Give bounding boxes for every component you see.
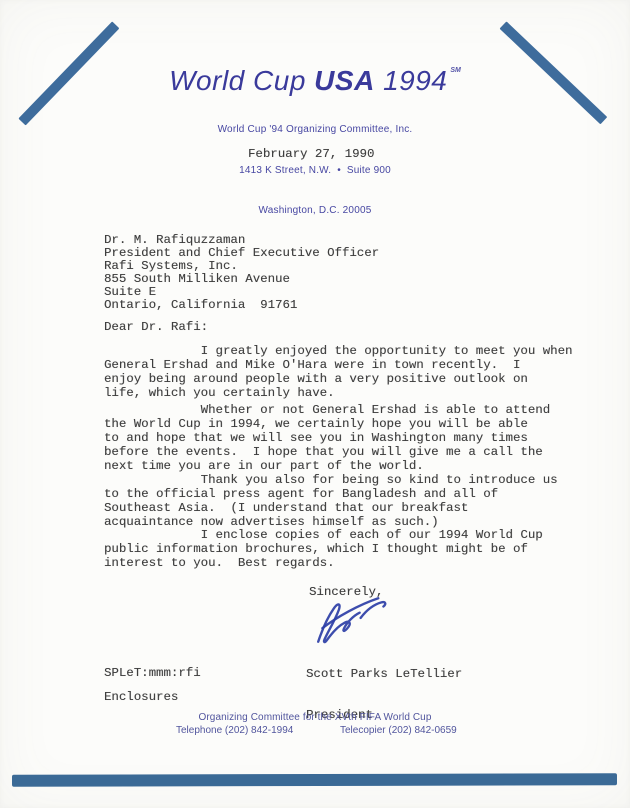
signature-handwritten <box>312 596 400 646</box>
body-paragraph-3: Thank you also for being so kind to intr… <box>104 473 558 529</box>
footer-blue-bar <box>12 773 617 787</box>
body-paragraph-2: Whether or not General Ershad is able to… <box>104 403 550 473</box>
logo-text-worldcup: World Cup <box>169 65 314 96</box>
letterhead-street-address: 1413 K Street, N.W. • Suite 900 <box>0 164 630 178</box>
letterhead-org-name: World Cup '94 Organizing Committee, Inc. <box>0 123 630 137</box>
logo-text-year: 1994 <box>375 65 448 96</box>
letter-page: World Cup USA 1994SM World Cup '94 Organ… <box>0 0 630 808</box>
salutation: Dear Dr. Rafi: <box>104 320 208 334</box>
reference-initials: SPLeT:mmm:rfi <box>104 666 201 680</box>
signer-name: Scott Parks LeTellier <box>306 668 462 682</box>
letterhead-org-address: World Cup '94 Organizing Committee, Inc.… <box>0 96 630 245</box>
body-paragraph-4: I enclose copies of each of our 1994 Wor… <box>104 528 543 570</box>
footer-telecopier: Telecopier (202) 842-0659 <box>340 725 457 736</box>
servicemark-superscript: SM <box>450 67 461 74</box>
letterhead-city-line: Washington, D.C. 20005 <box>0 204 630 218</box>
recipient-address-block: Dr. M. Rafiquzzaman President and Chief … <box>104 234 379 312</box>
logo-text-usa: USA <box>314 65 375 96</box>
enclosures-note: Enclosures <box>104 690 178 704</box>
letter-date: February 27, 1990 <box>248 147 374 161</box>
footer-committee-line: Organizing Committee for the XVth FIFA W… <box>0 712 630 723</box>
body-paragraph-1: I greatly enjoyed the opportunity to mee… <box>104 344 572 400</box>
worldcup-logo: World Cup USA 1994SM <box>0 56 630 96</box>
footer-telephone: Telephone (202) 842-1994 <box>176 725 293 736</box>
